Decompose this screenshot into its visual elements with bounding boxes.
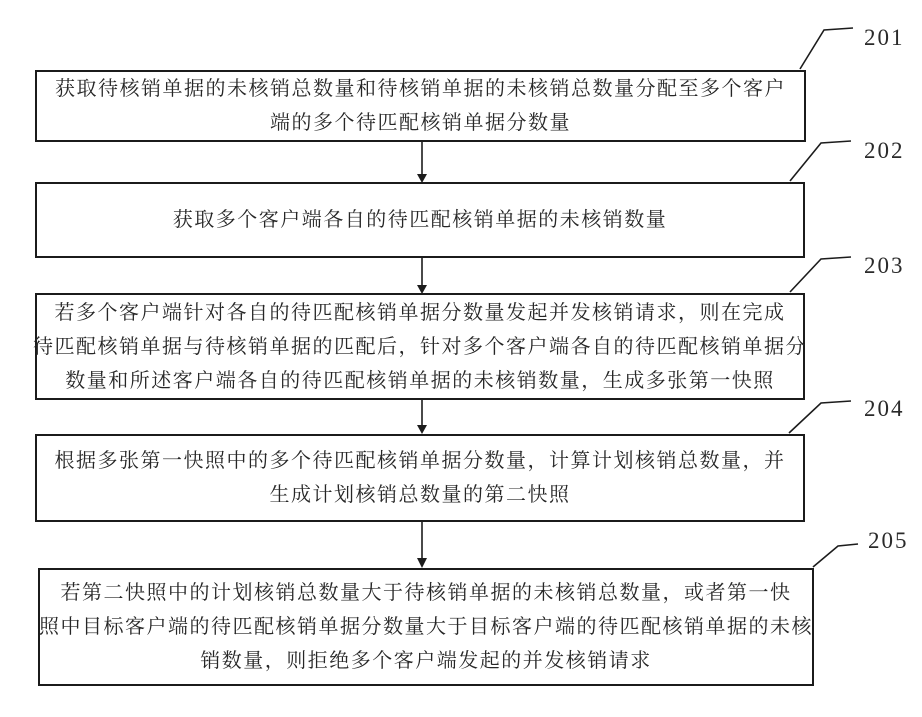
ref-number-202: 202 bbox=[864, 138, 905, 164]
ref-number-204: 204 bbox=[864, 396, 905, 422]
leader-line-202 bbox=[790, 141, 851, 181]
flow-arrow-3 bbox=[417, 400, 427, 434]
ref-number-205: 205 bbox=[868, 528, 909, 554]
step-box-203: 若多个客户端针对各自的待匹配核销单据分数量发起并发核销请求，则在完成 待匹配核销… bbox=[35, 293, 805, 400]
flow-arrow-2 bbox=[417, 258, 427, 294]
leader-line-203 bbox=[790, 257, 851, 292]
step-text-line: 生成计划核销总数量的第二快照 bbox=[270, 478, 571, 512]
step-text-line: 端的多个待匹配核销单据分数量 bbox=[270, 106, 571, 140]
patent-flowchart-figure: 获取待核销单据的未核销总数量和待核销单据的未核销总数量分配至多个客户 端的多个待… bbox=[0, 0, 922, 717]
flow-arrow-4 bbox=[417, 522, 427, 568]
leader-line-205 bbox=[813, 544, 858, 567]
step-text-line: 销数量，则拒绝多个客户端发起的并发核销请求 bbox=[200, 644, 652, 678]
ref-number-203: 203 bbox=[864, 253, 905, 279]
step-text-line: 待匹配核销单据与待核销单据的匹配后，针对多个客户端各自的待匹配核销单据分 bbox=[33, 330, 807, 364]
flow-arrow-1 bbox=[417, 142, 427, 183]
step-box-205: 若第二快照中的计划核销总数量大于待核销单据的未核销总数量，或者第一快 照中目标客… bbox=[38, 568, 814, 686]
leader-line-204 bbox=[789, 401, 851, 433]
step-text-line: 获取待核销单据的未核销总数量和待核销单据的未核销总数量分配至多个客户 bbox=[55, 72, 786, 106]
step-box-202: 获取多个客户端各自的待匹配核销单据的未核销数量 bbox=[35, 182, 805, 258]
ref-number-201: 201 bbox=[864, 25, 905, 51]
step-text-line: 数量和所述客户端各自的待匹配核销单据的未核销数量，生成多张第一快照 bbox=[65, 364, 775, 398]
step-text-line: 照中目标客户端的待匹配核销单据分数量大于目标客户端的待匹配核销单据的未核 bbox=[39, 610, 813, 644]
leader-line-201 bbox=[800, 28, 853, 69]
step-box-201: 获取待核销单据的未核销总数量和待核销单据的未核销总数量分配至多个客户 端的多个待… bbox=[35, 70, 806, 142]
step-text-line: 根据多张第一快照中的多个待匹配核销单据分数量，计算计划核销总数量，并 bbox=[55, 444, 786, 478]
step-text-line: 若多个客户端针对各自的待匹配核销单据分数量发起并发核销请求，则在完成 bbox=[55, 296, 786, 330]
step-text-line: 若第二快照中的计划核销总数量大于待核销单据的未核销总数量，或者第一快 bbox=[61, 576, 792, 610]
step-text-line: 获取多个客户端各自的待匹配核销单据的未核销数量 bbox=[173, 203, 668, 237]
step-box-204: 根据多张第一快照中的多个待匹配核销单据分数量，计算计划核销总数量，并 生成计划核… bbox=[35, 434, 805, 522]
